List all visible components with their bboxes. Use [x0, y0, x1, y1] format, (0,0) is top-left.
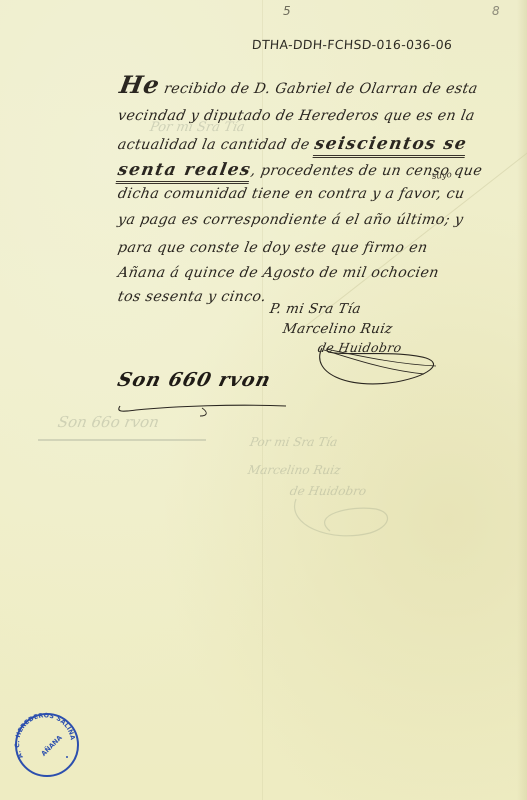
- signature-name: Marcelino Ruiz: [282, 321, 394, 337]
- body-line-5: dicha comunidad tiene en contra y a favo…: [117, 186, 466, 202]
- closing-line-1: P. mi Sra Tía: [269, 301, 363, 317]
- archive-stamp: A. C. HEREDEROS SALINAS AÑANA: [13, 711, 81, 779]
- body-line-3: actualidad la cantidad de seiscientos se: [116, 134, 469, 154]
- line-text: recibido de D. Gabriel de Olarran de est…: [158, 81, 479, 97]
- body-line-4: senta reales, procedentes de un censo qu…: [116, 160, 484, 180]
- line-text: actualidad la cantidad de: [116, 137, 316, 153]
- line-text: vecindad y diputado de Herederos que es …: [117, 108, 477, 124]
- line-text: para que conste le doy este que firmo en: [117, 240, 429, 256]
- bleed-through-text: Por mi Sra Tía: [249, 435, 339, 449]
- line-text: dicha comunidad tiene en contra y a favo…: [117, 186, 466, 202]
- bleed-through-flourish: [290, 495, 400, 545]
- page-edge-shadow: [517, 0, 527, 800]
- body-line-8: Añana á quince de Agosto de mil ochocien: [117, 265, 441, 281]
- body-line-7: para que conste le doy este que firmo en: [117, 240, 429, 256]
- line-text: tos sesenta y cinco.: [117, 289, 268, 305]
- body-line-1: He recibido de D. Gabriel de Olarran de …: [117, 70, 480, 99]
- line-text: Añana á quince de Agosto de mil ochocien: [117, 265, 441, 281]
- interlinear-insertion: suyo: [432, 170, 453, 182]
- body-line-9: tos sesenta y cinco.: [117, 289, 268, 305]
- body-line-2: vecindad y diputado de Herederos que es …: [117, 108, 477, 124]
- bleed-through-text: Marcelino Ruiz: [247, 463, 342, 477]
- signature-flourish: [316, 342, 456, 392]
- page-number: 8: [492, 4, 500, 18]
- document-page: 5 8 DTHA-DDH-FCHSD-016-036-06 Por mi Sra…: [0, 0, 527, 800]
- amount-emphasis: seiscientos se: [312, 134, 469, 158]
- initial-capital: He: [117, 70, 162, 99]
- amount-emphasis: senta reales: [116, 160, 253, 184]
- line-text: ya paga es correspondiente á el año últi…: [117, 212, 465, 228]
- amount-signature: Son 660 rvon: [115, 369, 273, 391]
- stamp-center-text: AÑANA: [39, 733, 64, 758]
- amount-underline-flourish: [116, 398, 291, 418]
- bleed-through-rule: [38, 439, 206, 441]
- folio-mark: 5: [283, 4, 291, 18]
- archive-reference: DTHA-DDH-FCHSD-016-036-06: [251, 37, 452, 52]
- body-line-6: ya paga es correspondiente á el año últi…: [117, 212, 465, 228]
